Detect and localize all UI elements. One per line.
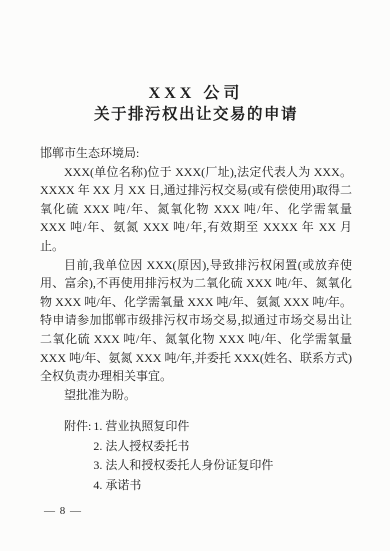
attachments-label: 附件:: [64, 417, 91, 495]
document-page: XXX 公司 关于排污权出让交易的申请 邯郸市生态环境局: XXX(单位名称)位…: [0, 0, 390, 551]
body-paragraph-1: XXX(单位名称)位于 XXX(厂址),法定代表人为 XXX。XXXX 年 XX…: [40, 163, 352, 256]
attachment-item-4: 4. 承诺书: [93, 476, 273, 495]
company-title: XXX 公司: [40, 84, 352, 104]
document-body: 邯郸市生态环境局: XXX(单位名称)位于 XXX(厂址),法定代表人为 XXX…: [40, 144, 352, 495]
attachments-list: 1. 营业执照复印件 2. 法人授权委托书 3. 法人和授权委托人身份证复印件 …: [93, 417, 273, 495]
document-content: XXX 公司 关于排污权出让交易的申请 邯郸市生态环境局: XXX(单位名称)位…: [40, 84, 352, 495]
document-title-block: XXX 公司 关于排污权出让交易的申请: [40, 84, 352, 125]
application-title: 关于排污权出让交易的申请: [40, 105, 352, 125]
page-number: — 8 —: [44, 505, 82, 517]
body-paragraph-3: 望批准为盼。: [40, 386, 352, 405]
body-paragraph-2: 目前,我单位因 XXX(原因),导致排污权闲置(或放弃使用、富余),不再使用排污…: [40, 256, 352, 386]
salutation: 邯郸市生态环境局:: [40, 144, 352, 163]
attachment-item-2: 2. 法人授权委托书: [93, 437, 273, 456]
attachment-item-1: 1. 营业执照复印件: [93, 417, 273, 436]
attachments-section: 附件: 1. 营业执照复印件 2. 法人授权委托书 3. 法人和授权委托人身份证…: [40, 417, 352, 495]
attachment-item-3: 3. 法人和授权委托人身份证复印件: [93, 456, 273, 475]
